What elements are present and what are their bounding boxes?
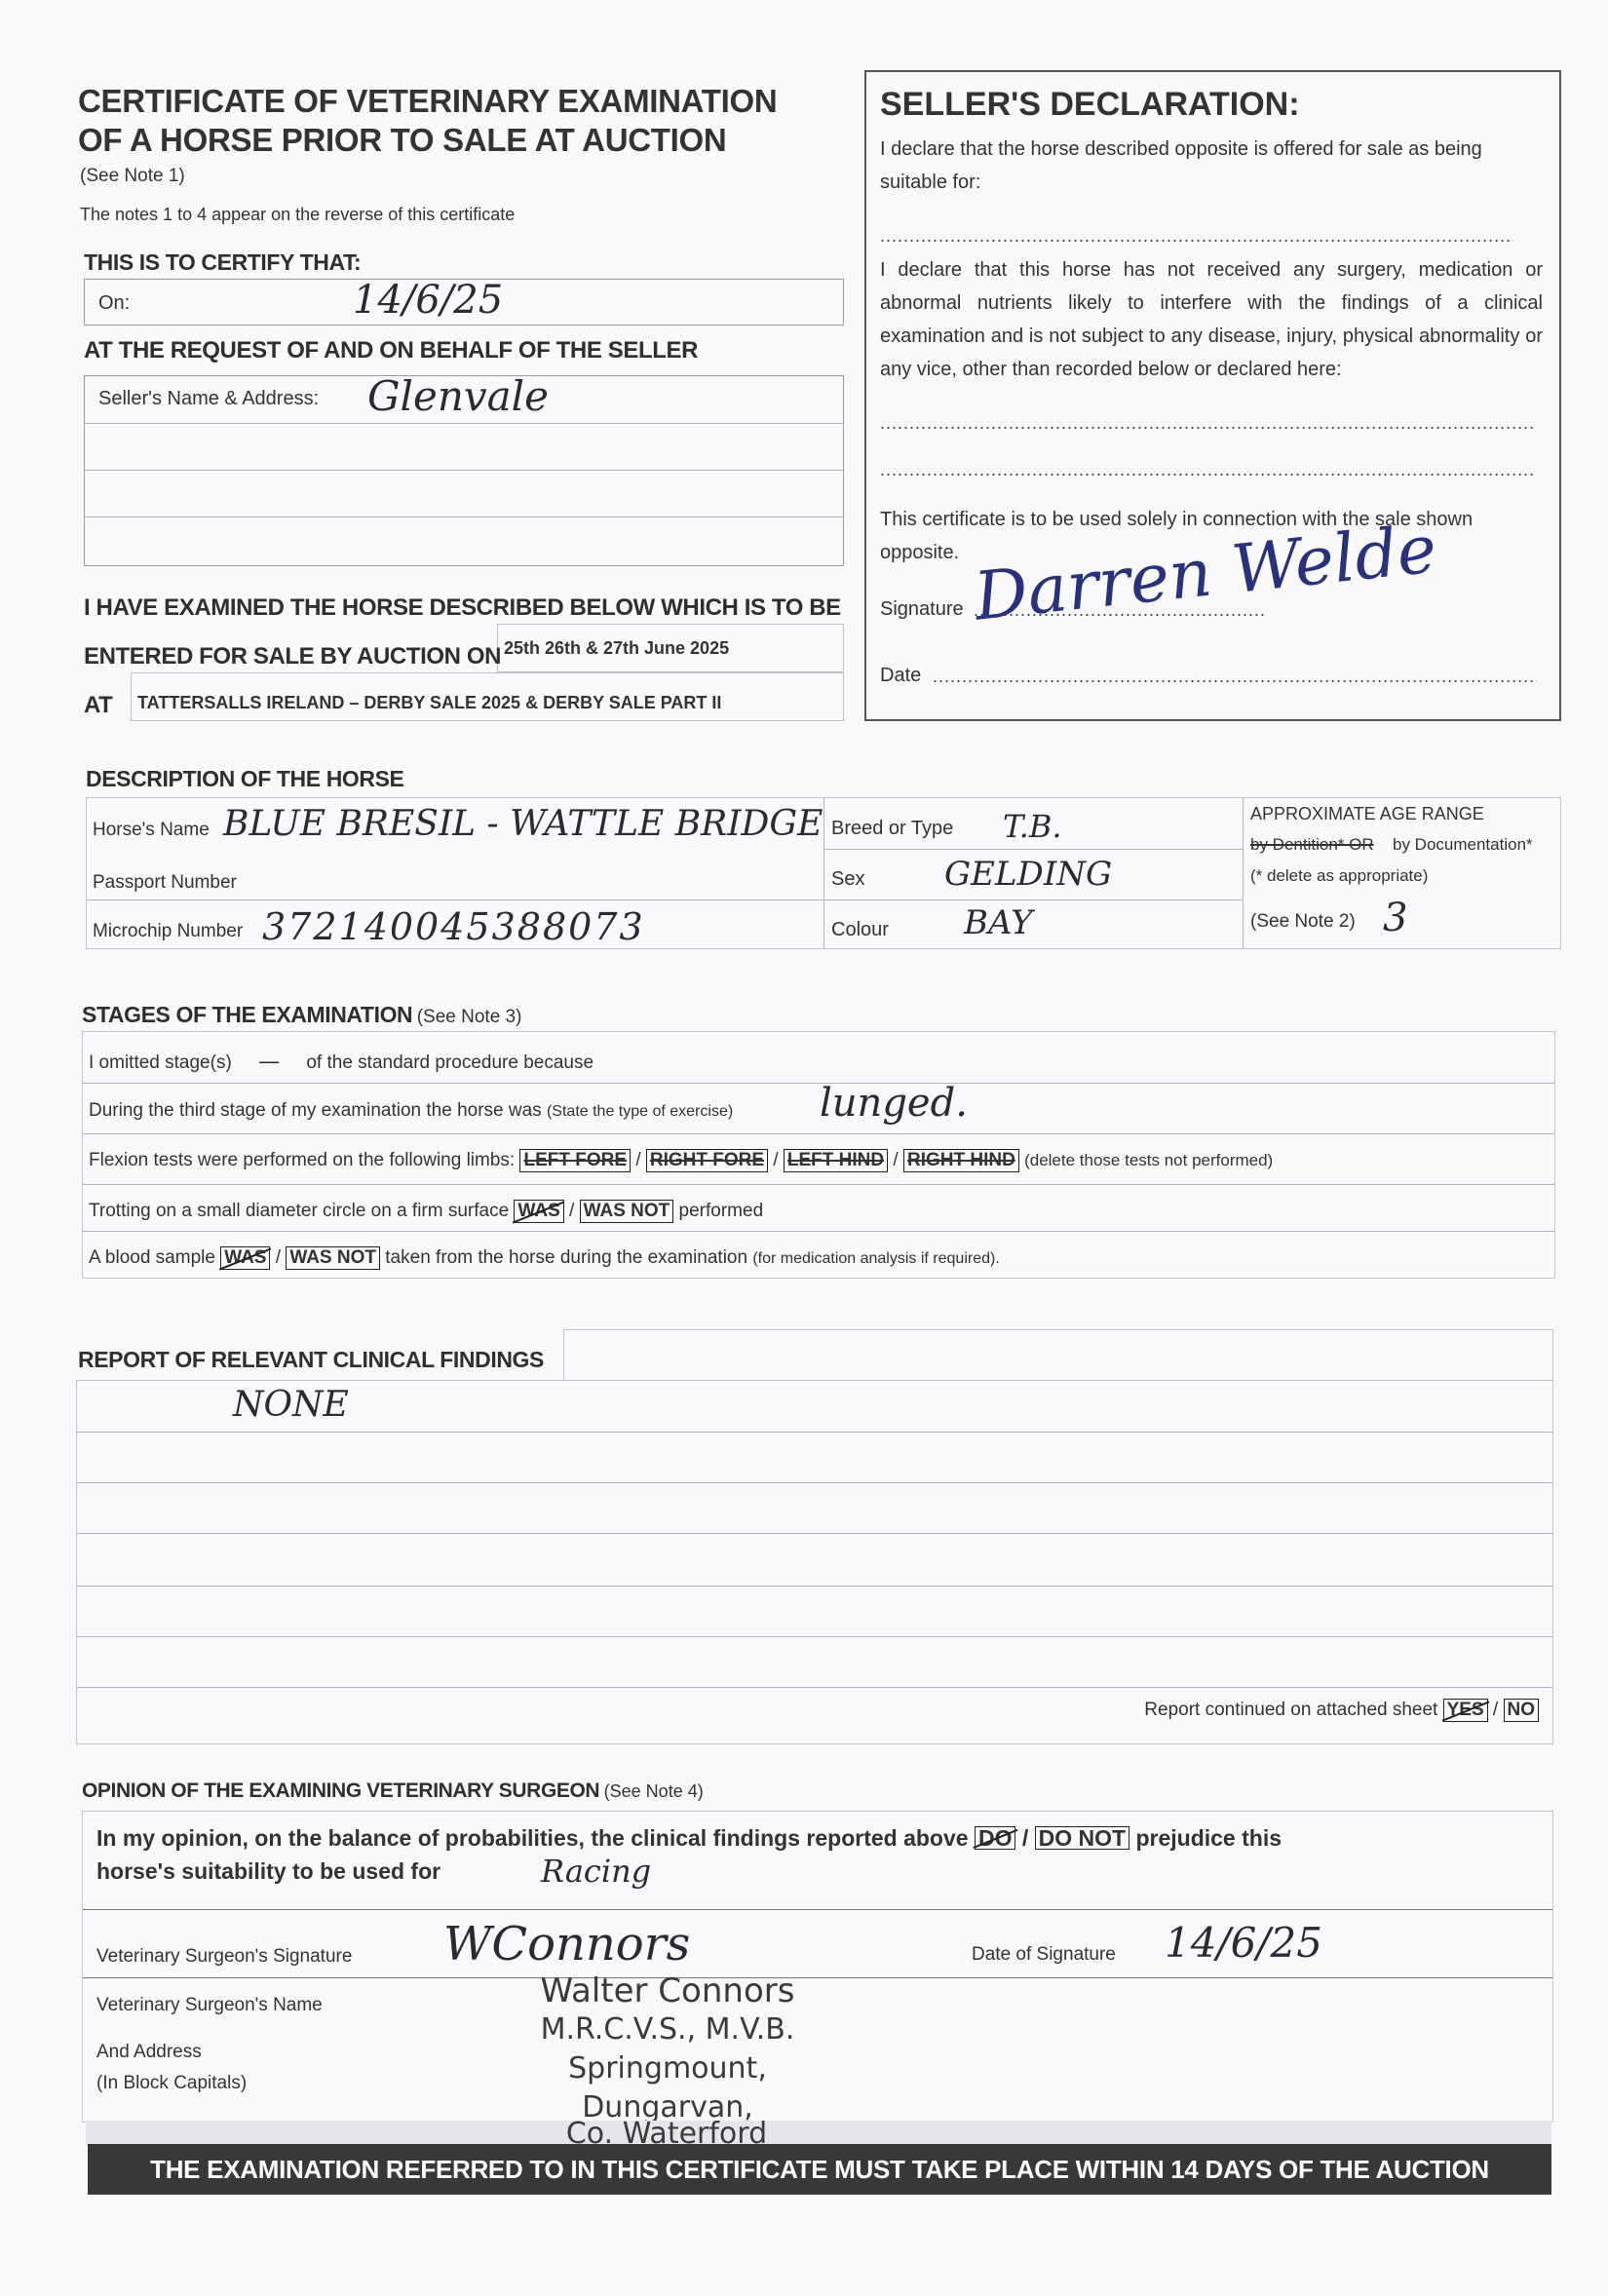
omitted-suffix: of the standard procedure because <box>306 1052 593 1073</box>
seller-declaration-panel: SELLER'S DECLARATION: I declare that the… <box>864 70 1561 721</box>
sex-label: Sex <box>831 868 864 891</box>
colour-value[interactable]: BAY <box>964 903 1033 942</box>
opinion-statement: In my opinion, on the balance of probabi… <box>96 1825 1282 1852</box>
colour-label: Colour <box>831 919 889 941</box>
see-note-1: (See Note 1) <box>80 166 185 187</box>
date-signature-value[interactable]: 14/6/25 <box>1165 1919 1322 1967</box>
notes-reference: The notes 1 to 4 appear on the reverse o… <box>80 205 515 225</box>
opinion-table: In my opinion, on the balance of probabi… <box>82 1811 1553 2123</box>
vet-signature-label: Veterinary Surgeon's Signature <box>96 1946 352 1968</box>
option-left-hind-struck[interactable]: LEFT HIND <box>784 1149 888 1172</box>
description-heading: DESCRIPTION OF THE HORSE <box>86 766 403 792</box>
findings-value: NONE <box>233 1385 349 1425</box>
option-was-struck[interactable]: WAS <box>514 1200 563 1223</box>
vet-stamp-address-1: Springmount, <box>424 2051 911 2086</box>
at-label: AT <box>84 692 112 719</box>
microchip-label: Microchip Number <box>93 921 243 942</box>
on-label: On: <box>98 292 130 315</box>
blood-note: (for medication analysis if required). <box>752 1250 999 1267</box>
vet-signature-value[interactable]: WConnors <box>443 1917 690 1971</box>
third-stage-value[interactable]: lunged. <box>820 1081 968 1126</box>
sex-value[interactable]: GELDING <box>944 855 1112 894</box>
horse-name-label: Horse's Name <box>93 820 210 841</box>
third-stage-note: (State the type of exercise) <box>547 1103 733 1120</box>
option-separator: / <box>631 1150 646 1170</box>
third-stage-row: During the third stage of my examination… <box>89 1100 733 1122</box>
age-by-dentition-struck[interactable]: by Dentition* OR <box>1250 835 1374 855</box>
opinion-heading: OPINION OF THE EXAMINING VETERINARY SURG… <box>82 1779 599 1802</box>
certificate-title-line1: CERTIFICATE OF VETERINARY EXAMINATION <box>78 82 777 121</box>
seller-name-address-field[interactable]: Seller's Name & Address: Glenvale <box>84 375 844 566</box>
vet-stamp-address-3: Co. Waterford <box>423 2117 910 2146</box>
option-separator: / <box>270 1247 286 1268</box>
horse-description-table: Horse's Name BLUE BRESIL - WATTLE BRIDGE… <box>86 797 1561 949</box>
suitability-use-value[interactable]: Racing <box>541 1853 651 1890</box>
on-date-value: 14/6/25 <box>353 278 503 323</box>
omitted-prefix: I omitted stage(s) <box>89 1052 232 1073</box>
vet-address-label: And Address <box>96 2042 202 2063</box>
option-was-not-selected[interactable]: WAS NOT <box>580 1200 674 1223</box>
option-right-hind-struck[interactable]: RIGHT HIND <box>903 1149 1019 1172</box>
flexion-row: Flexion tests were performed on the foll… <box>89 1149 1273 1172</box>
flexion-note: (delete those tests not performed) <box>1024 1151 1273 1169</box>
flexion-text: Flexion tests were performed on the foll… <box>89 1150 515 1170</box>
omitted-value[interactable]: — <box>258 1050 280 1074</box>
flexion-options: LEFT FORE / RIGHT FORE / LEFT HIND / RIG… <box>519 1150 1018 1170</box>
stages-table: I omitted stage(s) — of the standard pro… <box>82 1031 1555 1279</box>
blood-suffix: taken from the horse during the examinat… <box>385 1247 747 1268</box>
seller-value: Glenvale <box>367 372 549 420</box>
opinion-prefix: In my opinion, on the balance of probabi… <box>96 1825 969 1851</box>
suitable-for-text: I declare that the horse described oppos… <box>880 133 1543 199</box>
footer-notice: THE EXAMINATION REFERRED TO IN THIS CERT… <box>88 2144 1551 2195</box>
option-separator: / <box>1015 1825 1034 1851</box>
examined-statement-line1: I HAVE EXAMINED THE HORSE DESCRIBED BELO… <box>84 594 841 622</box>
blood-options: WAS / WAS NOT <box>220 1247 380 1268</box>
option-separator: / <box>564 1201 580 1221</box>
no-surgery-declaration: I declare that this horse has not receiv… <box>880 253 1543 386</box>
on-date-field[interactable]: On: 14/6/25 <box>84 279 844 325</box>
seller-date-line[interactable]: ........................................… <box>933 667 1537 687</box>
findings-heading-box <box>563 1329 1553 1380</box>
certify-heading: THIS IS TO CERTIFY THAT: <box>84 249 361 276</box>
option-yes-struck[interactable]: YES <box>1443 1699 1488 1722</box>
option-separator: / <box>1488 1700 1504 1720</box>
breed-label: Breed or Type <box>831 818 953 840</box>
examined-statement-line2: ENTERED FOR SALE BY AUCTION ON <box>84 643 501 670</box>
option-left-fore-struck[interactable]: LEFT FORE <box>519 1149 631 1172</box>
block-capitals-label: (In Block Capitals) <box>96 2073 247 2094</box>
age-by-documentation[interactable]: by Documentation* <box>1393 835 1533 855</box>
seller-signature-label: Signature <box>880 598 964 621</box>
opinion-heading-note: (See Note 4) <box>604 1781 704 1801</box>
suitable-for-line[interactable]: ........................................… <box>880 226 1513 247</box>
vet-name-label: Veterinary Surgeon's Name <box>96 1995 323 2016</box>
blood-prefix: A blood sample <box>89 1247 215 1268</box>
auction-dates-value: 25th 26th & 27th June 2025 <box>504 638 729 659</box>
vet-stamp-qualifications: M.R.C.V.S., M.V.B. <box>424 2012 911 2047</box>
request-heading: AT THE REQUEST OF AND ON BEHALF OF THE S… <box>84 337 698 364</box>
seller-date-label: Date <box>880 665 921 687</box>
trotting-row: Trotting on a small diameter circle on a… <box>89 1200 763 1223</box>
certificate-title-line2: OF A HORSE PRIOR TO SALE AT AUCTION <box>78 121 726 160</box>
age-range-heading: APPROXIMATE AGE RANGE <box>1250 804 1484 824</box>
declared-line-1[interactable]: ........................................… <box>880 413 1533 434</box>
opinion-suffix: prejudice this <box>1135 1825 1282 1851</box>
option-separator: / <box>768 1150 784 1170</box>
date-signature-label: Date of Signature <box>972 1944 1116 1966</box>
breed-value[interactable]: T.B. <box>1003 808 1062 845</box>
continued-options: YES / NO <box>1443 1700 1539 1720</box>
trotting-text: Trotting on a small diameter circle on a… <box>89 1201 509 1221</box>
auction-dates-field[interactable]: 25th 26th & 27th June 2025 <box>497 624 844 672</box>
option-was-struck[interactable]: WAS <box>220 1246 270 1270</box>
microchip-value[interactable]: 372140045388073 <box>262 905 645 948</box>
seller-label: Seller's Name & Address: <box>98 388 319 410</box>
opinion-line2: horse's suitability to be used for <box>96 1858 440 1885</box>
age-see-note: (See Note 2) <box>1250 911 1356 933</box>
option-do-struck[interactable]: DO <box>975 1826 1016 1850</box>
age-delete-note: (* delete as appropriate) <box>1250 866 1428 886</box>
vet-stamp-name: Walter Connors <box>424 1971 911 2010</box>
horse-name-value[interactable]: BLUE BRESIL - WATTLE BRIDGE <box>223 804 823 844</box>
opinion-options: DO / DO NOT <box>975 1825 1129 1851</box>
option-right-fore-struck[interactable]: RIGHT FORE <box>646 1149 768 1172</box>
option-do-not-selected[interactable]: DO NOT <box>1035 1826 1129 1850</box>
option-was-not-selected[interactable]: WAS NOT <box>286 1246 380 1270</box>
stages-heading: STAGES OF THE EXAMINATION <box>82 1002 412 1027</box>
findings-area[interactable]: NONE Report continued on attached sheet … <box>76 1380 1553 1744</box>
declared-line-2[interactable]: ........................................… <box>880 460 1533 480</box>
trotting-options: WAS / WAS NOT <box>514 1201 673 1221</box>
third-stage-text: During the third stage of my examination… <box>89 1100 542 1121</box>
auction-venue-field[interactable]: TATTERSALLS IRELAND – DERBY SALE 2025 & … <box>131 672 844 721</box>
continued-row: Report continued on attached sheet YES /… <box>1144 1699 1539 1722</box>
auction-venue-value: TATTERSALLS IRELAND – DERBY SALE 2025 & … <box>137 693 721 713</box>
trotting-suffix: performed <box>679 1201 764 1221</box>
seller-declaration-heading: SELLER'S DECLARATION: <box>880 86 1300 124</box>
age-value[interactable]: 3 <box>1383 896 1407 940</box>
stages-heading-wrap: STAGES OF THE EXAMINATION (See Note 3) <box>82 1002 521 1028</box>
blood-sample-row: A blood sample WAS / WAS NOT taken from … <box>89 1246 1000 1270</box>
omitted-stages-row: I omitted stage(s) — of the standard pro… <box>89 1050 593 1074</box>
continued-label: Report continued on attached sheet <box>1144 1700 1437 1720</box>
opinion-heading-wrap: OPINION OF THE EXAMINING VETERINARY SURG… <box>82 1779 704 1803</box>
option-no-selected[interactable]: NO <box>1504 1699 1540 1722</box>
passport-label: Passport Number <box>93 872 237 894</box>
stages-heading-note: (See Note 3) <box>417 1007 522 1027</box>
findings-heading: REPORT OF RELEVANT CLINICAL FINDINGS <box>78 1347 544 1373</box>
option-separator: / <box>888 1150 903 1170</box>
